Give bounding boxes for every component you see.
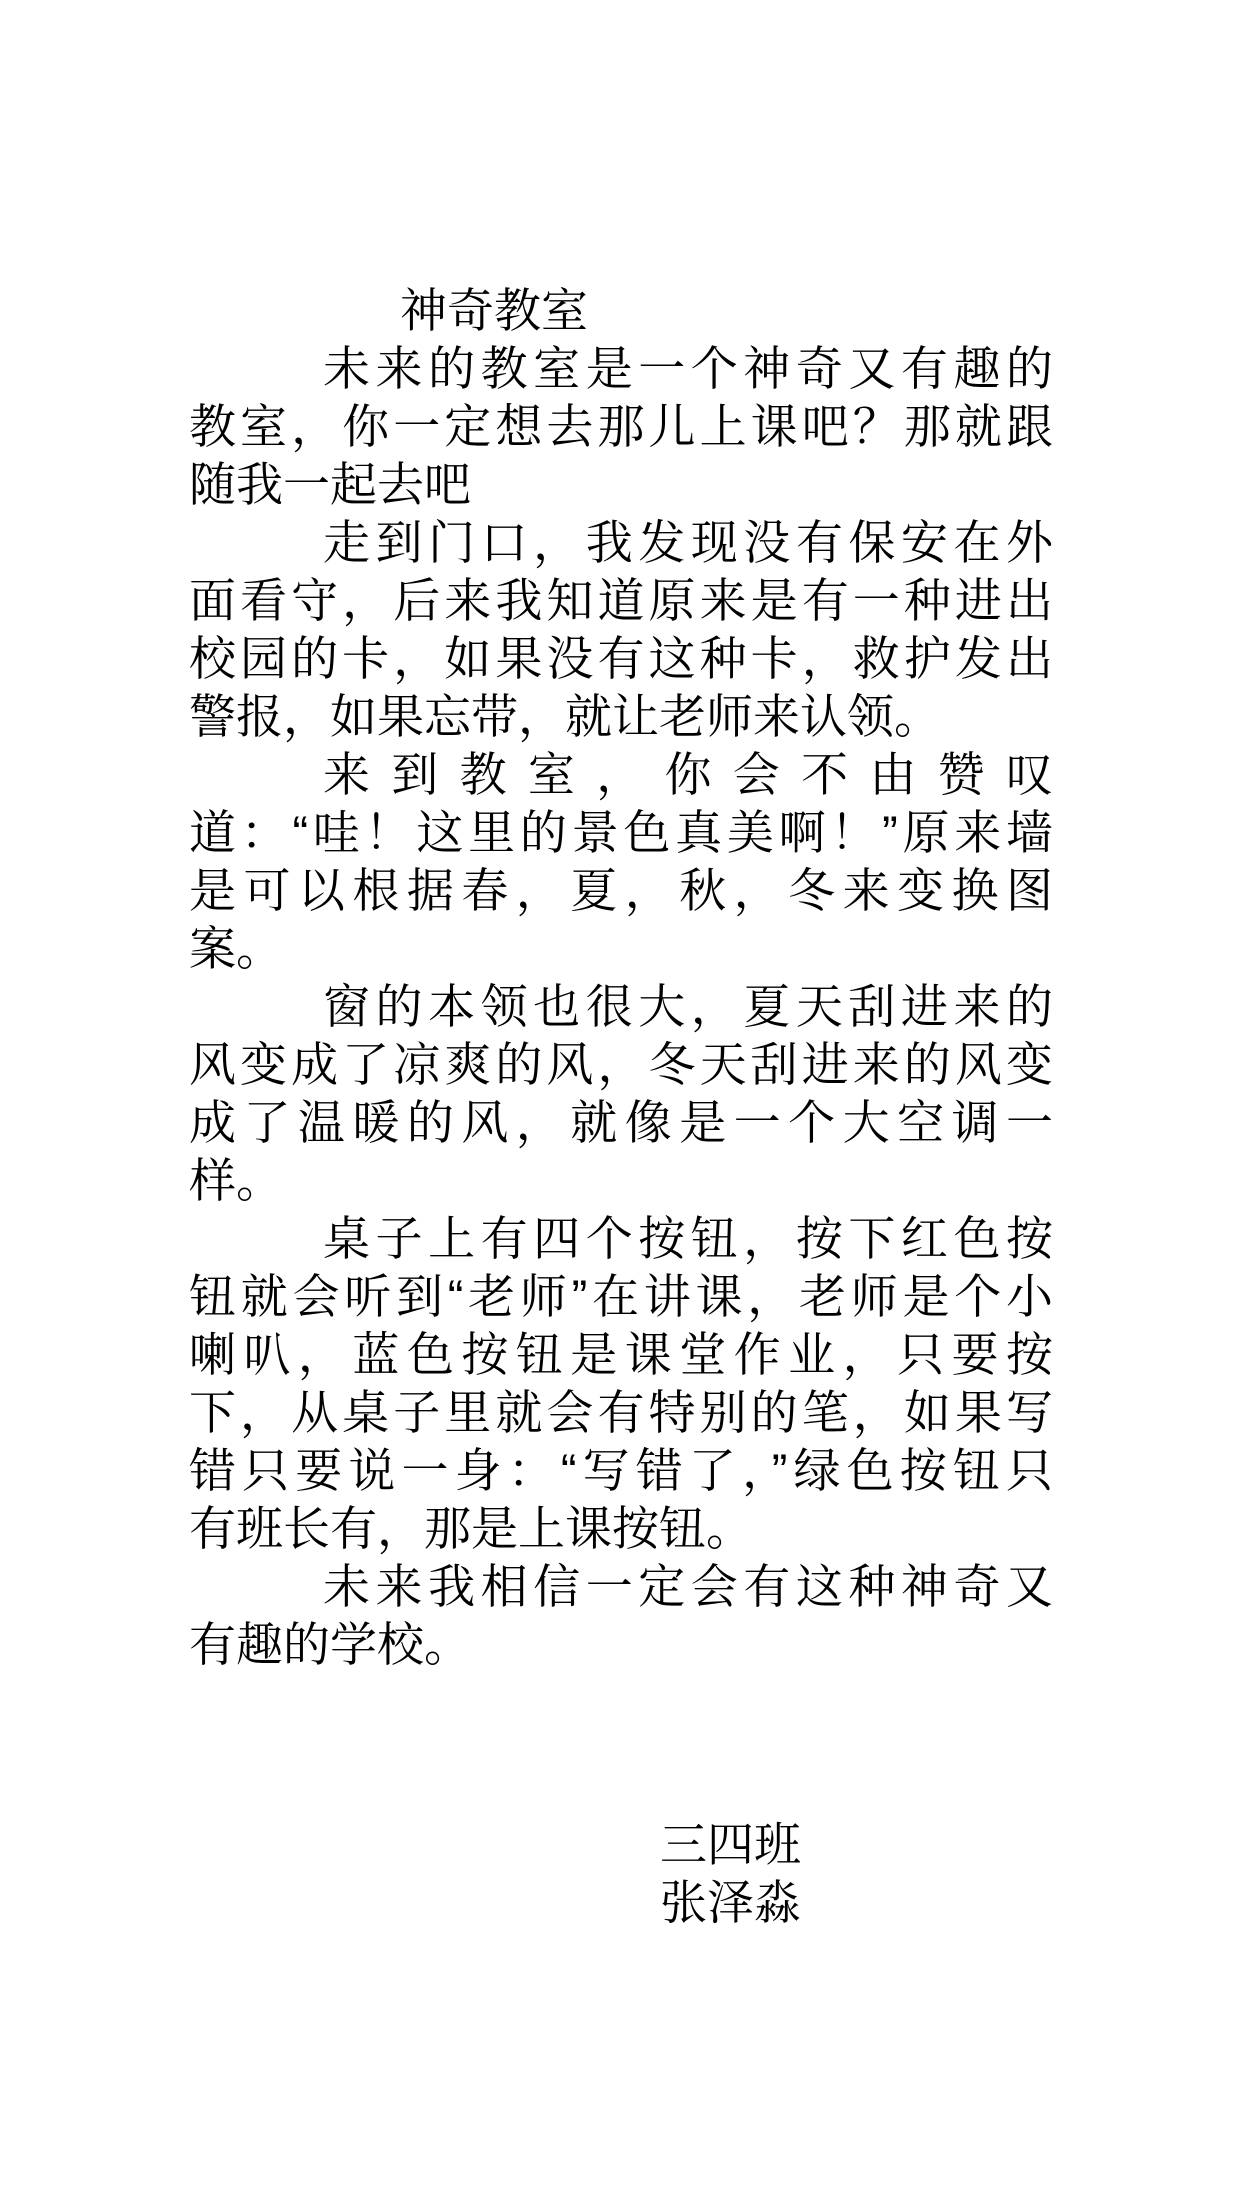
paragraph-3: 来到教室，你会不由赞叹 道：“哇！这里的景色真美啊！”原来墙 是可以根据春，夏，…	[189, 746, 1053, 978]
essay-content: 神奇教室 未来的教室是一个神奇又有趣的 教室，你一定想去那儿上课吧？那就跟 随我…	[189, 282, 1053, 1932]
text-line: 校园的卡，如果没有这种卡，救护发出	[189, 630, 1053, 688]
essay-title: 神奇教室	[400, 282, 1053, 340]
text-line: 桌子上有四个按钮，按下红色按	[189, 1210, 1053, 1268]
text-line: 来到教室，你会不由赞叹	[189, 746, 1053, 804]
text-line: 案。	[189, 920, 1053, 978]
document-page: 神奇教室 未来的教室是一个神奇又有趣的 教室，你一定想去那儿上课吧？那就跟 随我…	[0, 0, 1242, 2208]
text-line: 警报，如果忘带，就让老师来认领。	[189, 688, 1053, 746]
text-line: 样。	[189, 1152, 1053, 1210]
text-line: 未来我相信一定会有这种神奇又	[189, 1558, 1053, 1616]
text-line: 钮就会听到“老师”在讲课，老师是个小	[189, 1268, 1053, 1326]
text-line: 有趣的学校。	[189, 1616, 1053, 1674]
text-line: 道：“哇！这里的景色真美啊！”原来墙	[189, 804, 1053, 862]
text-line: 窗的本领也很大，夏天刮进来的	[189, 978, 1053, 1036]
text-line: 成了温暖的风，就像是一个大空调一	[189, 1094, 1053, 1152]
text-line: 未来的教室是一个神奇又有趣的	[189, 340, 1053, 398]
paragraph-2: 走到门口，我发现没有保安在外 面看守，后来我知道原来是有一种进出 校园的卡，如果…	[189, 514, 1053, 746]
paragraph-6: 未来我相信一定会有这种神奇又 有趣的学校。	[189, 1558, 1053, 1674]
text-line: 教室，你一定想去那儿上课吧？那就跟	[189, 398, 1053, 456]
signature-author: 张泽淼	[660, 1874, 1053, 1932]
paragraph-1: 未来的教室是一个神奇又有趣的 教室，你一定想去那儿上课吧？那就跟 随我一起去吧	[189, 340, 1053, 514]
signature-block: 三四班 张泽淼	[660, 1816, 1053, 1932]
text-line: 下，从桌子里就会有特别的笔，如果写	[189, 1384, 1053, 1442]
text-line: 是可以根据春，夏，秋，冬来变换图	[189, 862, 1053, 920]
text-line: 有班长有，那是上课按钮。	[189, 1500, 1053, 1558]
paragraph-4: 窗的本领也很大，夏天刮进来的 风变成了凉爽的风，冬天刮进来的风变 成了温暖的风，…	[189, 978, 1053, 1210]
text-line: 风变成了凉爽的风，冬天刮进来的风变	[189, 1036, 1053, 1094]
text-line: 走到门口，我发现没有保安在外	[189, 514, 1053, 572]
text-line: 喇叭，蓝色按钮是课堂作业，只要按	[189, 1326, 1053, 1384]
paragraph-5: 桌子上有四个按钮，按下红色按 钮就会听到“老师”在讲课，老师是个小 喇叭，蓝色按…	[189, 1210, 1053, 1558]
text-line: 错只要说一身：“写错了，”绿色按钮只	[189, 1442, 1053, 1500]
signature-class: 三四班	[660, 1816, 1053, 1874]
text-line: 随我一起去吧	[189, 456, 1053, 514]
text-line: 面看守，后来我知道原来是有一种进出	[189, 572, 1053, 630]
